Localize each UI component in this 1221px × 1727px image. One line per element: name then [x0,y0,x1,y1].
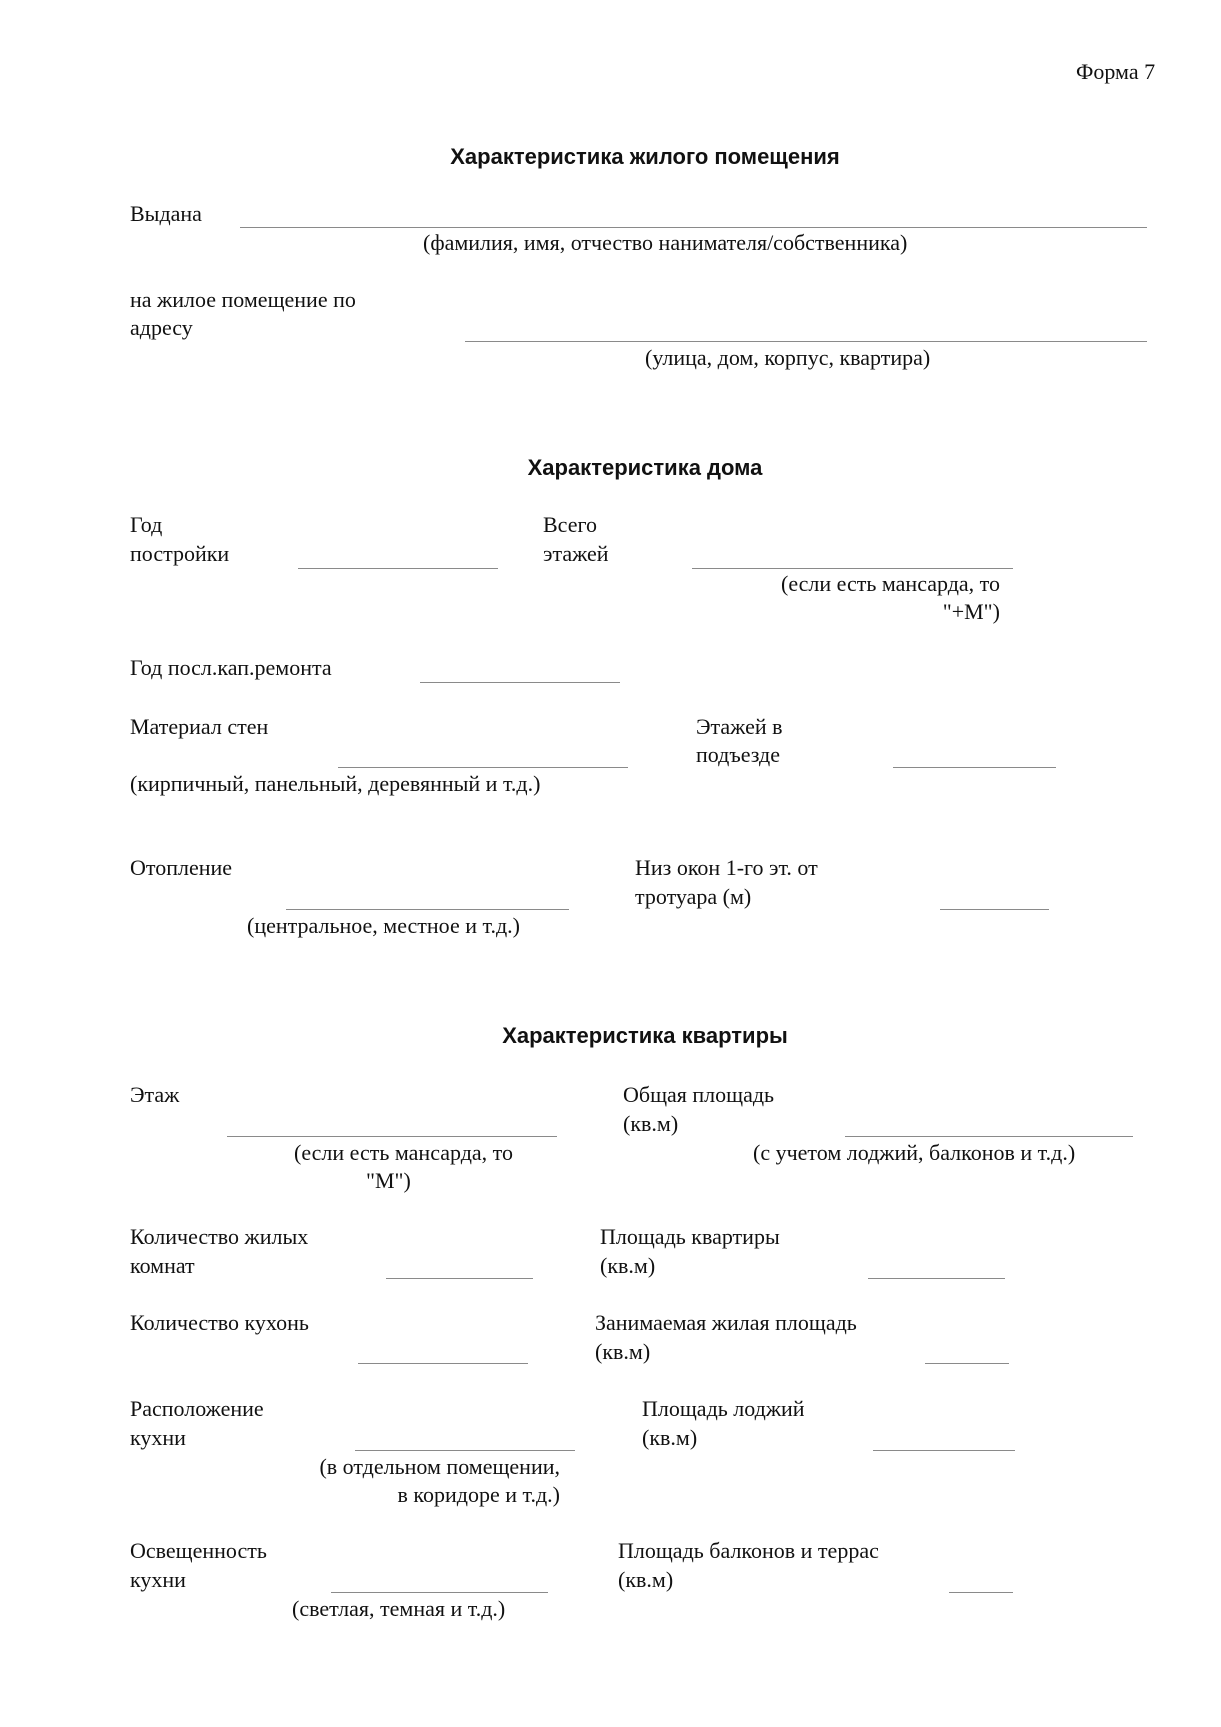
kitchen-location-hint-line1: (в отдельном помещении, [260,1453,560,1481]
apt-area-field[interactable] [868,1278,1005,1279]
living-area-label-line2: (кв.м) [595,1338,650,1366]
total-area-label-line2: (кв.м) [623,1110,678,1138]
kitchen-light-hint: (светлая, темная и т.д.) [292,1595,505,1623]
floor-hint-line2: "М") [366,1167,411,1195]
floor-field[interactable] [227,1136,557,1137]
balcony-area-label-line1: Площадь балконов и террас [618,1537,879,1565]
apt-area-label-line2: (кв.м) [600,1252,655,1280]
section-title-apartment: Характеристика квартиры [0,1022,1221,1050]
total-area-hint: (с учетом лоджий, балконов и т.д.) [753,1139,1075,1167]
address-hint: (улица, дом, корпус, квартира) [645,344,930,372]
floor-hint-line1: (если есть мансарда, то [200,1139,513,1167]
address-label-line2: адресу [130,314,193,342]
living-area-field[interactable] [925,1363,1009,1364]
kitchen-light-field[interactable] [331,1592,548,1593]
wall-material-hint: (кирпичный, панельный, деревянный и т.д.… [130,770,540,798]
kitchens-label: Количество кухонь [130,1309,309,1337]
heating-label: Отопление [130,854,232,882]
balcony-area-field[interactable] [949,1592,1013,1593]
total-area-label-line1: Общая площадь [623,1081,774,1109]
section-title-dwelling: Характеристика жилого помещения [0,143,1221,171]
address-label-line1: на жилое помещение по [130,286,356,314]
apt-area-label-line1: Площадь квартиры [600,1223,780,1251]
total-floors-hint-line1: (если есть мансарда, то [700,570,1000,598]
total-floors-hint-line2: "+М") [700,598,1000,626]
issued-to-hint: (фамилия, имя, отчество нанимателя/собст… [423,229,907,257]
window-height-label-line1: Низ окон 1-го эт. от [635,854,818,882]
entrance-floors-field[interactable] [893,767,1056,768]
heating-hint: (центральное, местное и т.д.) [247,912,520,940]
heating-field[interactable] [286,909,569,910]
build-year-field[interactable] [298,568,498,569]
total-floors-label-line1: Всего [543,511,597,539]
loggia-area-field[interactable] [873,1450,1015,1451]
floor-label: Этаж [130,1081,179,1109]
total-floors-field[interactable] [692,568,1013,569]
section-title-house: Характеристика дома [0,454,1221,482]
rooms-label-line2: комнат [130,1252,195,1280]
kitchen-location-field[interactable] [355,1450,575,1451]
address-field[interactable] [465,341,1147,342]
total-area-field[interactable] [845,1136,1133,1137]
total-floors-label-line2: этажей [543,540,609,568]
rooms-field[interactable] [386,1278,533,1279]
issued-to-field[interactable] [240,227,1147,228]
kitchen-light-label-line2: кухни [130,1566,186,1594]
kitchen-location-hint-line2: в коридоре и т.д.) [260,1481,560,1509]
kitchen-light-label-line1: Освещенность [130,1537,267,1565]
kitchens-field[interactable] [358,1363,528,1364]
window-height-label-line2: тротуара (м) [635,883,751,911]
window-height-field[interactable] [940,909,1049,910]
balcony-area-label-line2: (кв.м) [618,1566,673,1594]
form-number: Форма 7 [1076,58,1155,86]
loggia-area-label-line2: (кв.м) [642,1424,697,1452]
build-year-label-line2: постройки [130,540,229,568]
entrance-floors-label-line2: подъезде [696,741,780,769]
issued-to-label: Выдана [130,200,202,228]
last-repair-label: Год посл.кап.ремонта [130,654,332,682]
loggia-area-label-line1: Площадь лоджий [642,1395,805,1423]
kitchen-location-label-line2: кухни [130,1424,186,1452]
build-year-label-line1: Год [130,511,162,539]
wall-material-label: Материал стен [130,713,268,741]
kitchen-location-label-line1: Расположение [130,1395,264,1423]
last-repair-field[interactable] [420,682,620,683]
rooms-label-line1: Количество жилых [130,1223,308,1251]
entrance-floors-label-line1: Этажей в [696,713,783,741]
wall-material-field[interactable] [338,767,628,768]
living-area-label-line1: Занимаемая жилая площадь [595,1309,857,1337]
